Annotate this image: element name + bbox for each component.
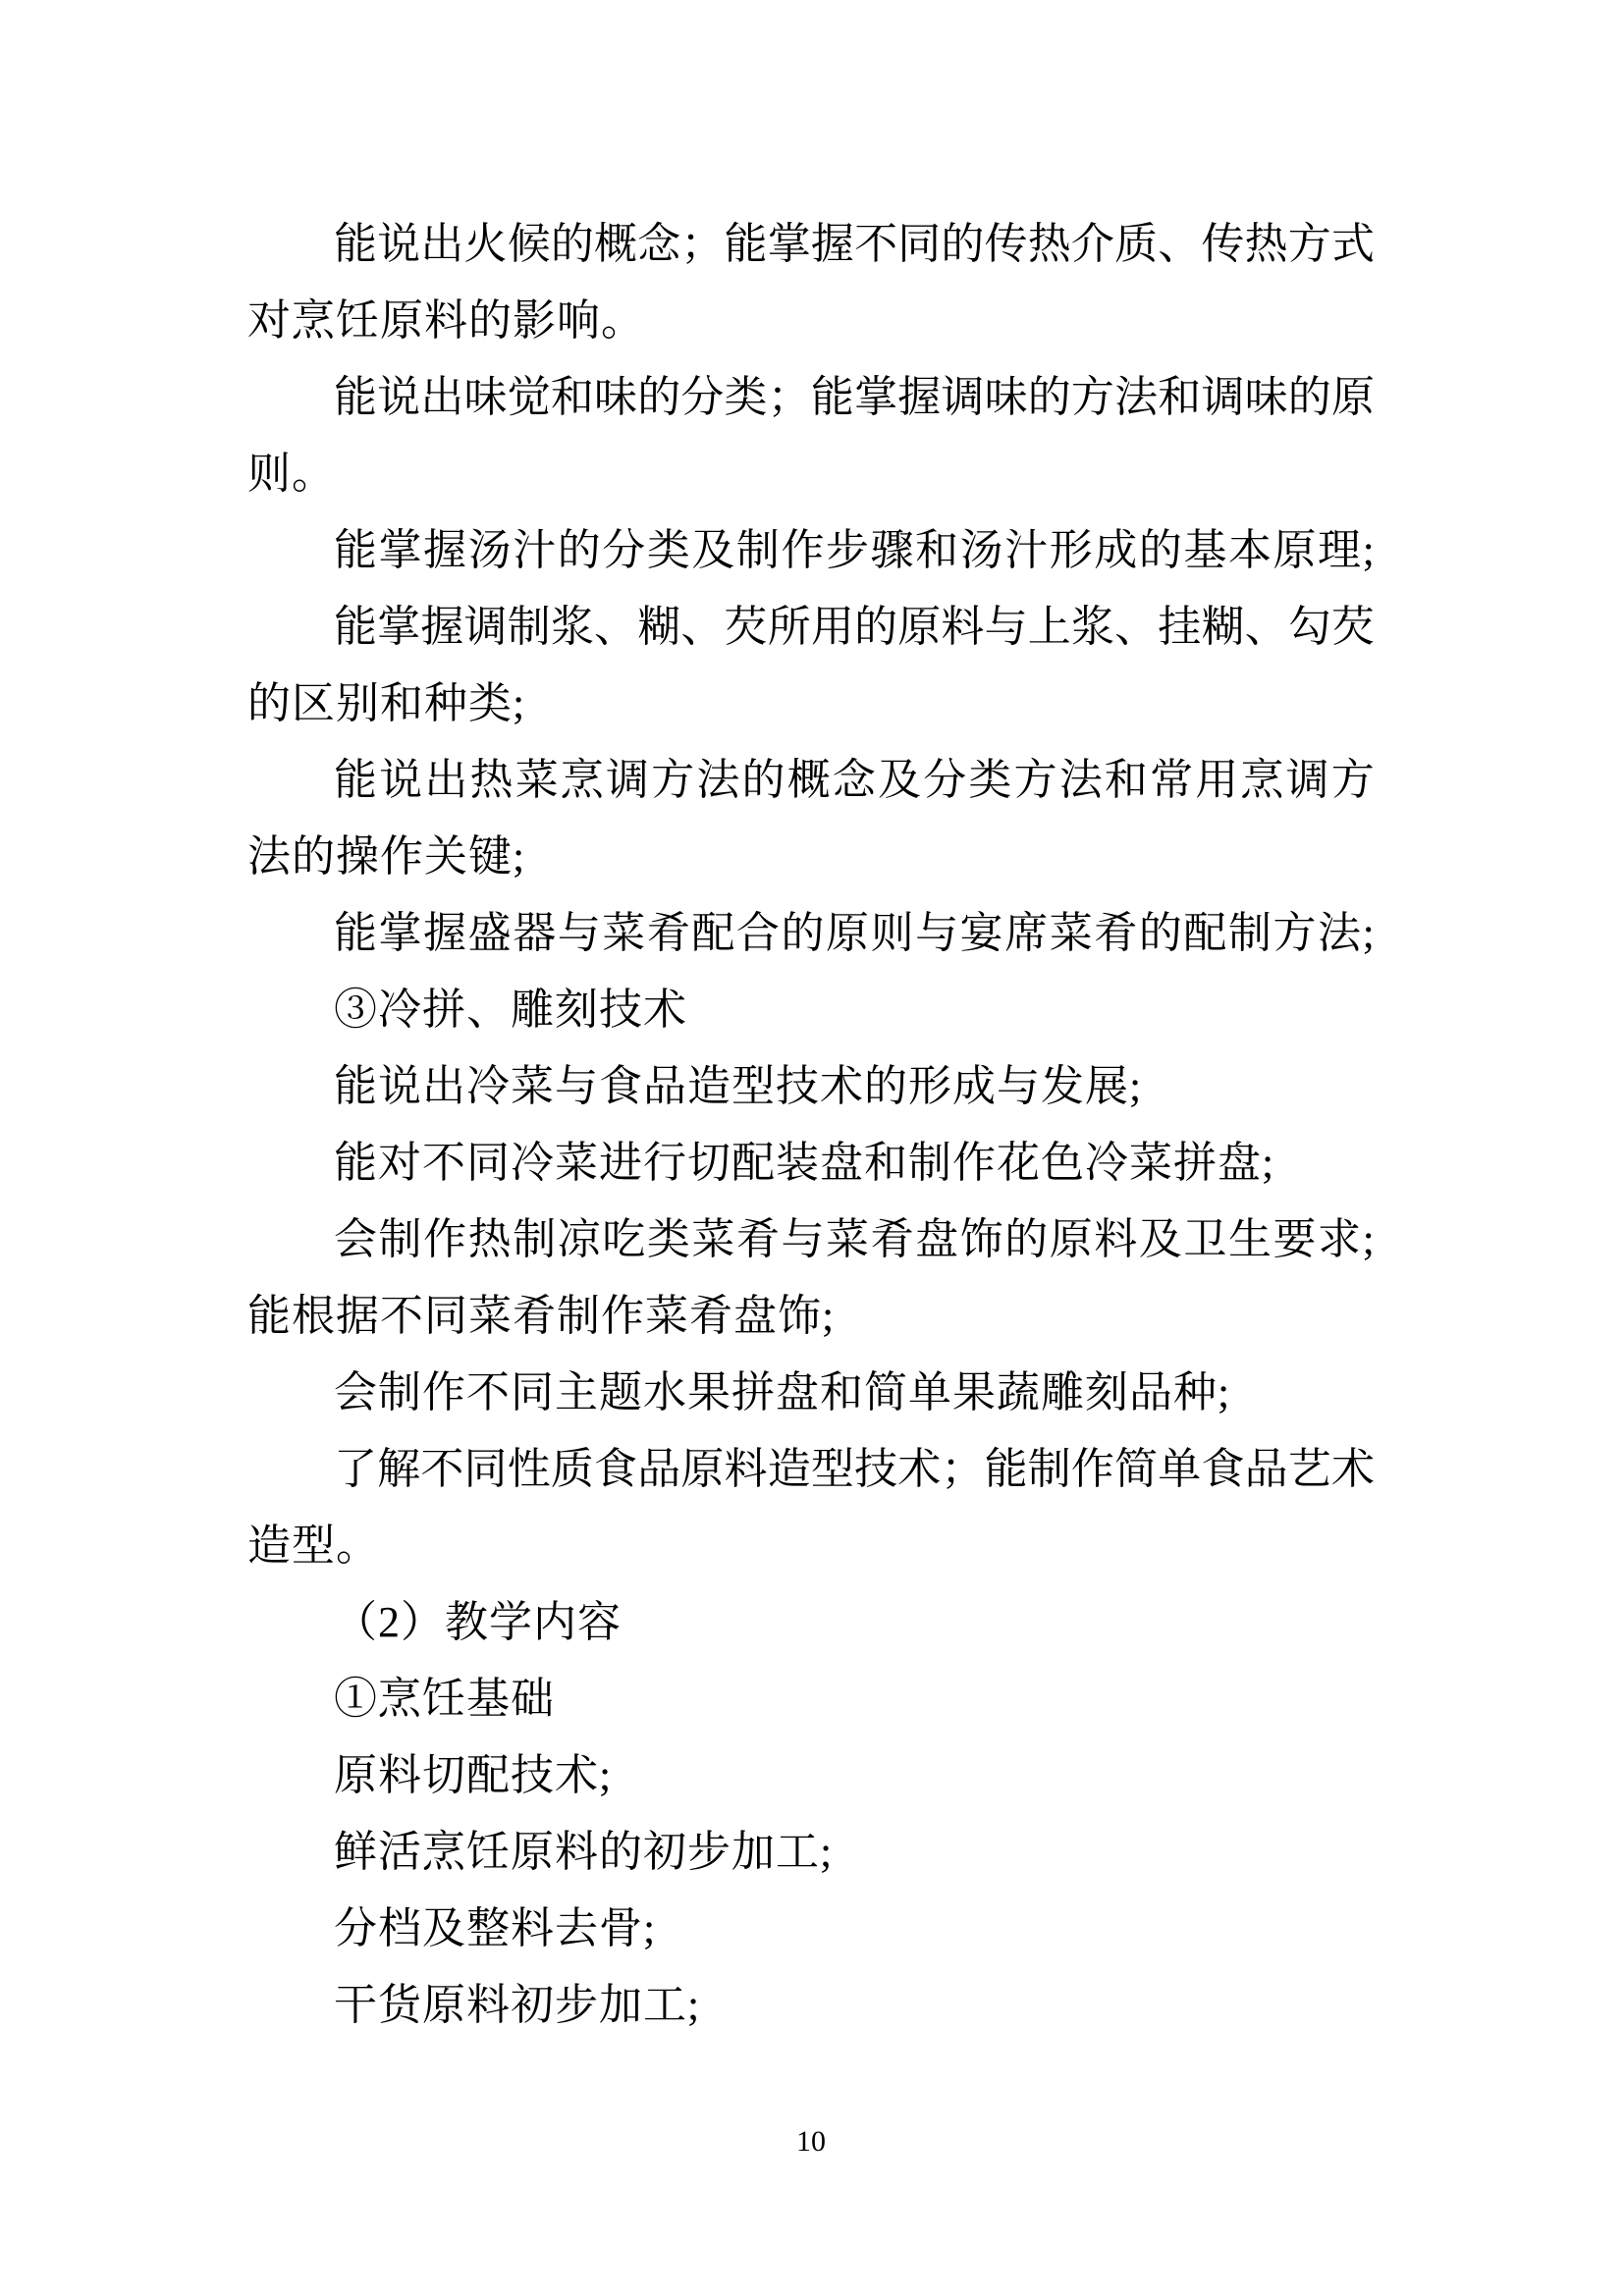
text-char: 掌 xyxy=(854,359,897,436)
text-char: 类 xyxy=(647,512,690,589)
text-char: 浆 xyxy=(1071,589,1114,666)
text-char: 能 xyxy=(985,1431,1028,1508)
document-page: 能说出火候的概念；能掌握不同的传热介质、传热方式对烹饪原料的影响。能说出味觉和味… xyxy=(0,0,1624,2296)
text-char: 的 xyxy=(1139,895,1182,972)
text-char: 同 xyxy=(464,1431,508,1508)
text-char: 及 xyxy=(1139,1201,1182,1278)
text-char: 的 xyxy=(551,206,594,283)
text-char: 分 xyxy=(923,742,966,819)
text-char: 觉 xyxy=(508,359,551,436)
text-char: 生 xyxy=(1228,1201,1272,1278)
text-line: 会制作热制凉吃类菜肴与菜肴盘饰的原料及卫生要求; xyxy=(334,1201,1375,1278)
text-char: 勾 xyxy=(1288,589,1331,666)
text-char: 味 xyxy=(464,359,508,436)
text-char: 宴 xyxy=(960,895,1003,972)
text-char: 菜 xyxy=(1050,895,1093,972)
text-char: 菜 xyxy=(602,895,645,972)
text-char: 类 xyxy=(725,359,768,436)
text-char: 出 xyxy=(424,742,467,819)
text-char: 器 xyxy=(513,895,556,972)
text-char: 说 xyxy=(377,359,420,436)
text-char: 作 xyxy=(423,1201,466,1278)
text-char: 握 xyxy=(897,359,941,436)
text-char: 说 xyxy=(379,742,422,819)
text-char: 质 xyxy=(1114,206,1158,283)
text-char: 法 xyxy=(1318,895,1361,972)
text-char: 原 xyxy=(1050,1201,1093,1278)
text-char: 、 xyxy=(1158,206,1201,283)
text-char: 传 xyxy=(985,206,1028,283)
text-char: 说 xyxy=(377,206,420,283)
text-char: 芡 xyxy=(1331,589,1375,666)
text-char: 求 xyxy=(1318,1201,1361,1278)
text-char: 方 xyxy=(1288,206,1331,283)
text-char: 、 xyxy=(1114,589,1158,666)
text-char: 能 xyxy=(334,206,377,283)
text-char: 能 xyxy=(334,512,377,589)
text-line: 原料切配技术; xyxy=(247,1737,1375,1814)
text-char: 与 xyxy=(558,895,601,972)
text-char: 、 xyxy=(680,589,724,666)
text-char: 原 xyxy=(1331,359,1375,436)
text-char: 作 xyxy=(1071,1431,1114,1508)
text-char: 食 xyxy=(594,1431,637,1508)
text-char: 要 xyxy=(1272,1201,1316,1278)
text-char: 菜 xyxy=(691,1201,734,1278)
text-char: 式 xyxy=(1331,206,1375,283)
text-char: 肴 xyxy=(1094,895,1137,972)
text-char: 热 xyxy=(1028,206,1071,283)
text-char: 的 xyxy=(1288,359,1331,436)
text-char: 的 xyxy=(742,742,785,819)
text-char: 的 xyxy=(941,206,984,283)
text-char: 及 xyxy=(878,742,921,819)
text-char: 法 xyxy=(1059,742,1103,819)
text-char: 品 xyxy=(1245,1431,1288,1508)
text-char: 料 xyxy=(725,1431,768,1508)
text-char: 及 xyxy=(691,512,734,589)
text-char: 和 xyxy=(915,512,958,589)
text-char: 握 xyxy=(423,895,466,972)
text-char: 制 xyxy=(1028,1431,1071,1508)
text-char: 概 xyxy=(594,206,637,283)
text-char: 调 xyxy=(1201,359,1244,436)
text-char: 调 xyxy=(606,742,649,819)
text-line: 法的操作关键; xyxy=(247,819,1375,895)
text-char: 烹 xyxy=(561,742,604,819)
text-char: 分 xyxy=(680,359,724,436)
text-char: 汁 xyxy=(513,512,556,589)
text-char: 不 xyxy=(854,206,897,283)
text-line: 能掌握盛器与菜肴配合的原则与宴席菜肴的配制方法; xyxy=(334,895,1375,972)
text-char: 则 xyxy=(871,895,914,972)
text-char: 分 xyxy=(602,512,645,589)
text-char: 握 xyxy=(423,512,466,589)
text-char: 不 xyxy=(420,1431,463,1508)
text-char: 调 xyxy=(1286,742,1329,819)
text-line: 能说出热菜烹调方法的概念及分类方法和常用烹调方 xyxy=(334,742,1375,819)
text-char: 味 xyxy=(594,359,637,436)
text-char: 的 xyxy=(1139,512,1182,589)
text-char: 与 xyxy=(915,895,958,972)
text-char: 配 xyxy=(691,895,734,972)
text-char: 的 xyxy=(854,589,897,666)
text-line: 能说出冷菜与食品造型技术的形成与发展; xyxy=(247,1048,1375,1125)
text-char: 能 xyxy=(334,895,377,972)
text-char: 的 xyxy=(781,895,824,972)
text-char: 热 xyxy=(470,742,514,819)
text-line: 能说出味觉和味的分类；能掌握调味的方法和调味的原 xyxy=(334,359,1375,436)
text-char: 常 xyxy=(1150,742,1193,819)
text-char: 和 xyxy=(551,359,594,436)
text-char: 概 xyxy=(787,742,831,819)
text-char: 作 xyxy=(781,512,824,589)
text-line: 能根据不同菜肴制作菜肴盘饰; xyxy=(247,1278,1375,1355)
text-char: 糊 xyxy=(637,589,680,666)
text-char: 艺 xyxy=(1288,1431,1331,1508)
text-char: 所 xyxy=(768,589,811,666)
text-char: 原 xyxy=(1272,512,1316,589)
text-char: 掌 xyxy=(379,512,422,589)
text-line: 能掌握调制浆、糊、芡所用的原料与上浆、挂糊、勾芡 xyxy=(334,589,1375,666)
text-char: 、 xyxy=(1245,589,1288,666)
text-char: 能 xyxy=(334,589,377,666)
text-char: ； xyxy=(941,1431,984,1508)
text-char: 吃 xyxy=(602,1201,645,1278)
text-char: 肴 xyxy=(736,1201,780,1278)
text-line: 鲜活烹饪原料的初步加工; xyxy=(247,1814,1375,1891)
text-char: 汤 xyxy=(960,512,1003,589)
text-char: ; xyxy=(1363,895,1375,972)
text-char: 烹 xyxy=(1240,742,1283,819)
text-char: 的 xyxy=(637,359,680,436)
text-char: 热 xyxy=(468,1201,512,1278)
text-char: 挂 xyxy=(1158,589,1201,666)
text-char: 方 xyxy=(1331,742,1375,819)
text-line: 干货原料初步加工; xyxy=(247,1967,1375,2044)
text-char: 汁 xyxy=(1004,512,1048,589)
text-char: 质 xyxy=(551,1431,594,1508)
text-line: 会制作不同主题水果拼盘和简单果蔬雕刻品种; xyxy=(247,1355,1375,1431)
text-char: 能 xyxy=(334,742,377,819)
text-char: 步 xyxy=(826,512,869,589)
text-char: 热 xyxy=(1245,206,1288,283)
text-char: 性 xyxy=(508,1431,551,1508)
text-line: 能对不同冷菜进行切配装盘和制作花色冷菜拼盘; xyxy=(247,1125,1375,1201)
text-char: 型 xyxy=(811,1431,854,1508)
text-char: 菜 xyxy=(826,1201,869,1278)
text-char: 料 xyxy=(941,589,984,666)
text-char: 凉 xyxy=(558,1201,601,1278)
text-char: 候 xyxy=(508,206,551,283)
text-line: 能掌握汤汁的分类及制作步骤和汤汁形成的基本原理; xyxy=(334,512,1375,589)
text-char: 方 xyxy=(651,742,694,819)
text-char: ; xyxy=(1363,1201,1375,1278)
text-char: 介 xyxy=(1071,206,1114,283)
text-char: 火 xyxy=(464,206,508,283)
text-char: 握 xyxy=(811,206,854,283)
text-char: 制 xyxy=(508,589,551,666)
text-char: 配 xyxy=(1183,895,1226,972)
text-char: 料 xyxy=(1094,1201,1137,1278)
text-char: 方 xyxy=(1014,742,1057,819)
text-char: 肴 xyxy=(647,895,690,972)
text-char: 掌 xyxy=(377,589,420,666)
text-char: 原 xyxy=(826,895,869,972)
text-char: 用 xyxy=(811,589,854,666)
text-char: 制 xyxy=(736,512,780,589)
text-char: 品 xyxy=(637,1431,680,1508)
text-char: 简 xyxy=(1114,1431,1158,1508)
text-char: 法 xyxy=(696,742,739,819)
text-char: 盘 xyxy=(915,1201,958,1278)
text-char: 念 xyxy=(637,206,680,283)
text-char: 的 xyxy=(558,512,601,589)
text-char: 理 xyxy=(1318,512,1361,589)
text-char: 方 xyxy=(1071,359,1114,436)
page-number: 10 xyxy=(247,2120,1375,2163)
text-line: 分档及整料去骨; xyxy=(247,1891,1375,1967)
text-char: 掌 xyxy=(379,895,422,972)
text-char: 味 xyxy=(985,359,1028,436)
text-char: 了 xyxy=(334,1431,377,1508)
text-char: 能 xyxy=(334,359,377,436)
text-char: 卫 xyxy=(1183,1201,1226,1278)
text-char: 类 xyxy=(968,742,1011,819)
text-char: 与 xyxy=(781,1201,824,1278)
text-char: 制 xyxy=(1228,895,1272,972)
text-char: 饰 xyxy=(960,1201,1003,1278)
text-char: 调 xyxy=(941,359,984,436)
text-char: 食 xyxy=(1201,1431,1244,1508)
text-line: 能说出火候的概念；能掌握不同的传热介质、传热方式 xyxy=(334,206,1375,283)
text-char: ; xyxy=(1363,512,1375,589)
text-char: 糊 xyxy=(1201,589,1244,666)
text-char: 能 xyxy=(811,359,854,436)
document-body: 能说出火候的概念；能掌握不同的传热介质、传热方式对烹饪原料的影响。能说出味觉和味… xyxy=(247,206,1375,2044)
text-char: 基 xyxy=(1183,512,1226,589)
text-line: 的区别和种类; xyxy=(247,666,1375,742)
text-char: 出 xyxy=(420,206,463,283)
text-char: 念 xyxy=(833,742,876,819)
text-char: 合 xyxy=(736,895,780,972)
text-char: 技 xyxy=(854,1431,897,1508)
text-char: 、 xyxy=(594,589,637,666)
text-char: 肴 xyxy=(871,1201,914,1278)
text-char: 原 xyxy=(897,589,941,666)
text-char: 浆 xyxy=(551,589,594,666)
text-char: 原 xyxy=(680,1431,724,1508)
text-line: 了解不同性质食品原料造型技术；能制作简单食品艺术 xyxy=(334,1431,1375,1508)
text-char: 握 xyxy=(420,589,463,666)
text-char: 单 xyxy=(1158,1431,1201,1508)
text-line: ①烹饪基础 xyxy=(247,1661,1375,1737)
text-char: 形 xyxy=(1050,512,1093,589)
text-char: ； xyxy=(768,359,811,436)
text-char: 传 xyxy=(1201,206,1244,283)
text-line: 对烹饪原料的影响。 xyxy=(247,283,1375,359)
text-char: 和 xyxy=(1158,359,1201,436)
text-char: 出 xyxy=(420,359,463,436)
text-char: 术 xyxy=(1331,1431,1375,1508)
text-char: 用 xyxy=(1195,742,1238,819)
text-char: 本 xyxy=(1228,512,1272,589)
text-char: 能 xyxy=(725,206,768,283)
text-char: 菜 xyxy=(515,742,559,819)
text-char: 会 xyxy=(334,1201,377,1278)
text-char: 汤 xyxy=(468,512,512,589)
text-char: 制 xyxy=(379,1201,422,1278)
text-char: 的 xyxy=(1004,1201,1048,1278)
text-char: 席 xyxy=(1004,895,1048,972)
text-char: 解 xyxy=(377,1431,420,1508)
text-char: 成 xyxy=(1094,512,1137,589)
text-line: （2）教学内容 xyxy=(247,1584,1375,1661)
text-char: 味 xyxy=(1245,359,1288,436)
text-char: 法 xyxy=(1114,359,1158,436)
text-line: 则。 xyxy=(247,436,1375,512)
text-char: 调 xyxy=(464,589,508,666)
text-char: 上 xyxy=(1028,589,1071,666)
text-char: 掌 xyxy=(768,206,811,283)
text-char: 术 xyxy=(897,1431,941,1508)
text-char: 盛 xyxy=(468,895,512,972)
text-char: 造 xyxy=(768,1431,811,1508)
text-line: 造型。 xyxy=(247,1508,1375,1584)
text-char: 同 xyxy=(897,206,941,283)
text-char: ； xyxy=(680,206,724,283)
text-char: 方 xyxy=(1272,895,1316,972)
text-char: 类 xyxy=(647,1201,690,1278)
text-char: 与 xyxy=(985,589,1028,666)
text-char: 制 xyxy=(513,1201,556,1278)
text-char: 芡 xyxy=(725,589,768,666)
text-char: 和 xyxy=(1105,742,1148,819)
text-char: 骤 xyxy=(871,512,914,589)
text-char: 的 xyxy=(1028,359,1071,436)
text-line: ③冷拼、雕刻技术 xyxy=(247,972,1375,1048)
